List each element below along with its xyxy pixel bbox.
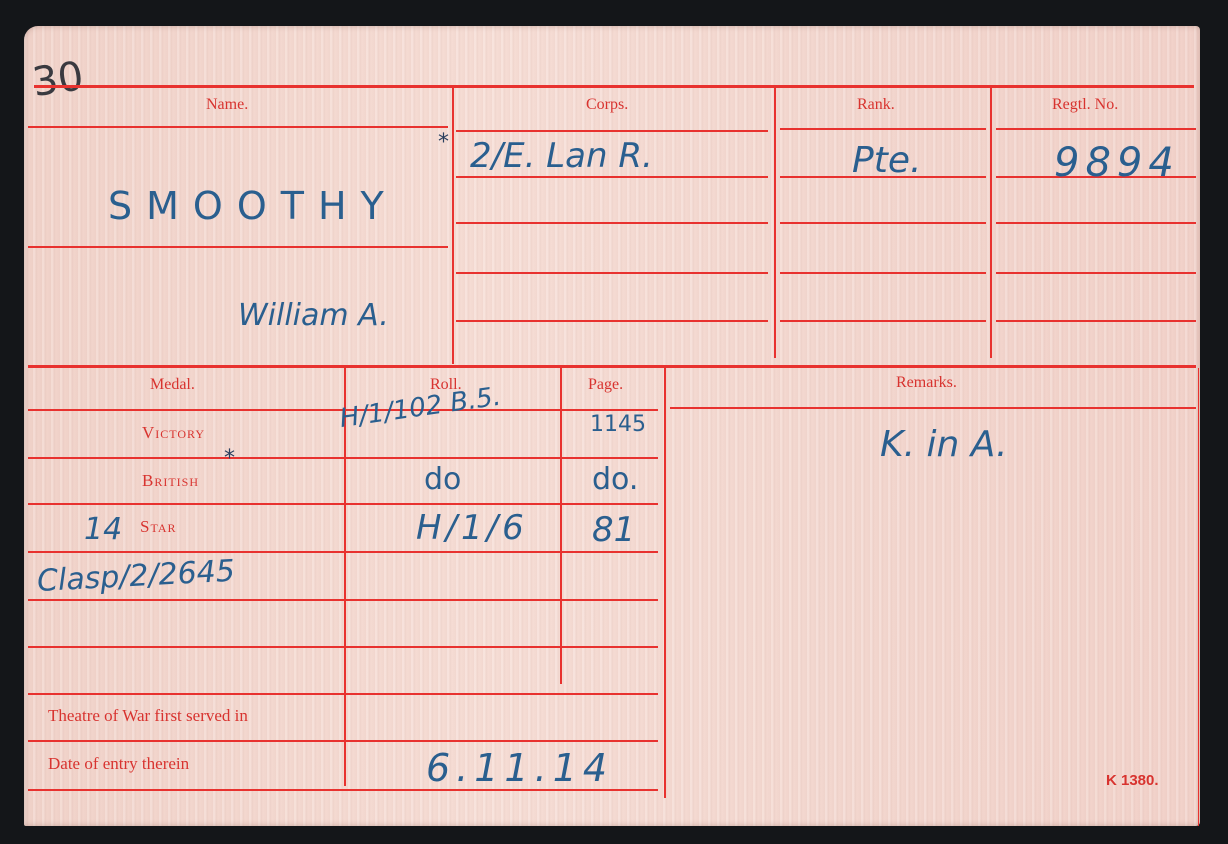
- rule: [780, 272, 986, 274]
- roll-british: do: [424, 462, 461, 497]
- page-british: do.: [592, 462, 638, 497]
- corner-note: 30: [30, 53, 87, 106]
- page-header: Page.: [588, 376, 623, 394]
- remarks-header: Remarks.: [896, 374, 957, 392]
- rule: [456, 222, 768, 224]
- rule: [780, 128, 986, 130]
- corps-value: 2/E. Lan R.: [470, 136, 653, 176]
- rule: [28, 457, 658, 459]
- theatre-label: Theatre of War first served in: [48, 706, 248, 726]
- rule: [996, 272, 1196, 274]
- rule: [28, 646, 658, 648]
- rule: [456, 176, 768, 178]
- medal-header: Medal.: [150, 376, 195, 394]
- surname: SMOOTHY: [108, 184, 398, 228]
- medal-star: Star: [140, 517, 177, 537]
- rule: [28, 246, 448, 248]
- page-victory: 1145: [590, 412, 646, 437]
- rank-value: Pte.: [852, 140, 921, 181]
- rule: [28, 740, 658, 742]
- divider: [560, 368, 562, 684]
- rule: [996, 222, 1196, 224]
- rule: [28, 551, 658, 553]
- regtl-no-value: 9894: [1054, 140, 1180, 186]
- roll-victory: H/1/102 B.5.: [338, 382, 503, 434]
- divider: [1198, 368, 1199, 826]
- star-prefix: 14: [84, 512, 122, 547]
- rank-header: Rank.: [857, 96, 895, 114]
- rule: [780, 222, 986, 224]
- medal-british: British: [142, 471, 199, 491]
- section-rule: [28, 365, 1196, 368]
- corps-header: Corps.: [586, 96, 628, 114]
- rule: [28, 693, 658, 695]
- divider: [664, 368, 666, 798]
- rule: [670, 407, 1196, 409]
- rule: [456, 320, 768, 322]
- clasp-entry: Clasp/2/2645: [36, 554, 236, 599]
- remarks-value: K. in A.: [880, 424, 1008, 465]
- rule: [28, 126, 448, 128]
- forename: William A.: [238, 298, 389, 333]
- page-star: 81: [592, 510, 635, 550]
- medal-victory: Victory: [142, 423, 205, 443]
- divider: [990, 88, 992, 358]
- rule: [780, 320, 986, 322]
- roll-star: H/1/6: [416, 508, 528, 548]
- medal-index-card: 30 Name. Corps. Rank. Regtl. No. SMOOTHY…: [24, 26, 1200, 826]
- date-entry-label: Date of entry therein: [48, 754, 189, 774]
- regtl-no-header: Regtl. No.: [1052, 96, 1118, 114]
- name-header: Name.: [206, 96, 248, 114]
- rule: [28, 503, 658, 505]
- rule: [996, 128, 1196, 130]
- rule: [996, 320, 1196, 322]
- top-rule: [34, 85, 1194, 88]
- rule: [456, 130, 768, 132]
- corps-mark: *: [438, 130, 449, 155]
- divider: [452, 88, 454, 364]
- rule: [28, 599, 658, 601]
- divider: [774, 88, 776, 358]
- rule: [456, 272, 768, 274]
- british-mark: *: [224, 446, 235, 471]
- date-entry-value: 6.11.14: [426, 746, 613, 790]
- form-code: K 1380.: [1106, 772, 1159, 789]
